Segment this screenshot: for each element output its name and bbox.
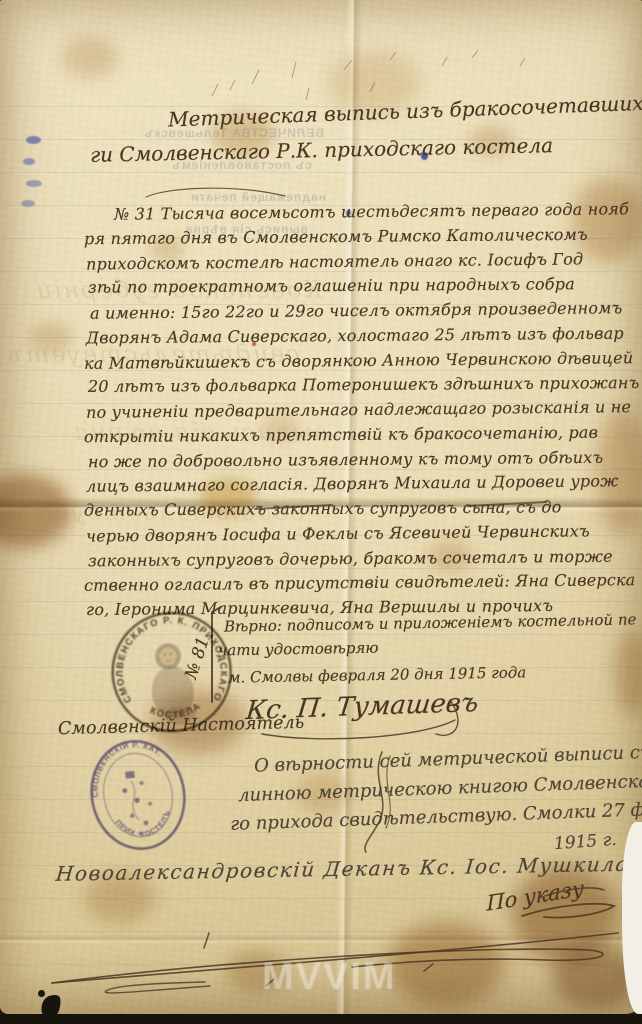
paraph-squiggle (365, 752, 383, 852)
title-swash (146, 188, 285, 197)
flourish-tick (204, 933, 433, 986)
bottom-flourish (52, 933, 618, 983)
strikethrough-mark (468, 502, 546, 506)
strikethrough-mark (255, 505, 332, 509)
pencil-scribbles (212, 50, 525, 100)
paraph-squiggle (386, 756, 390, 828)
ink-blot (38, 990, 45, 997)
bottom-flourish (52, 949, 603, 983)
bottom-flourish (105, 982, 210, 993)
ink-flourishes (0, 0, 642, 1024)
signature-flourish (262, 720, 455, 739)
scanned-document-photo: ВЕЛИЧЕСТВА Тельшевскъ съ постановленіемъ… (0, 0, 642, 1024)
by-decree-flourish (522, 904, 614, 918)
signature-flourish (436, 700, 458, 735)
dean-flourish (545, 888, 604, 896)
